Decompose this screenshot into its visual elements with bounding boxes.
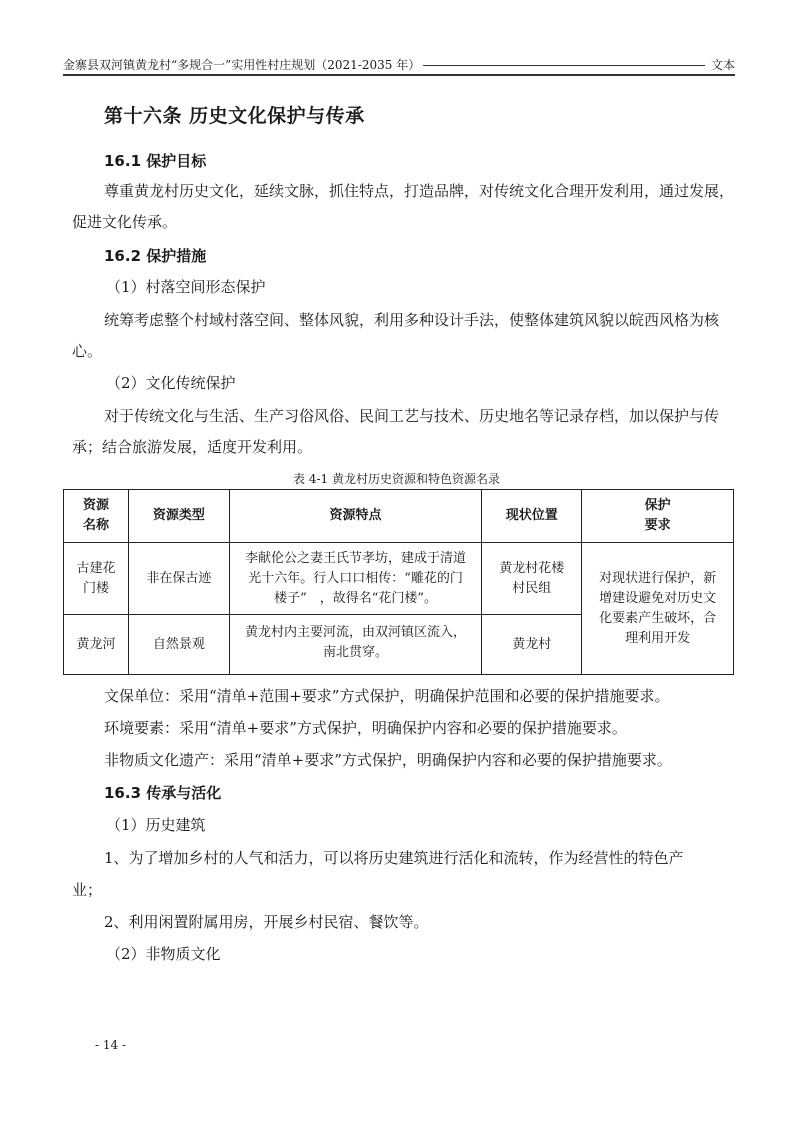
cell-feature: 李献伦公之妻王氏节孝坊，建成于清道光十六年。行人口口相传：“雕花的门楼子” ，故… xyxy=(229,543,482,615)
table-row: 古建花门楼 非在保古迹 李献伦公之妻王氏节孝坊，建成于清道光十六年。行人口口相传… xyxy=(64,543,734,615)
subsection-title: （1）历史建筑 xyxy=(106,815,206,835)
section-heading-16-3: 16.3 传承与活化 xyxy=(104,782,221,803)
paragraph: 承；结合旅游发展，适度开发利用。 xyxy=(72,437,312,457)
resource-table: 资源名称 资源类型 资源特点 现状位置 保护要求 古建花门楼 非在保古迹 李献伦… xyxy=(63,489,734,675)
paragraph: 尊重黄龙村历史文化，延续文脉，抓住特点，打造品牌，对传统文化合理开发利用，通过发… xyxy=(104,181,734,201)
header-title: 金寨县双河镇黄龙村“多规合一”实用性村庄规划（2021-2035 年） xyxy=(63,56,420,74)
subsection-title: （1）村落空间形态保护 xyxy=(106,277,266,297)
cell-type: 非在保古迹 xyxy=(128,543,229,615)
paragraph: 促进文化传承。 xyxy=(72,212,177,232)
header-feature: 资源特点 xyxy=(229,490,482,543)
header-tag: 文本 xyxy=(709,56,735,74)
note-line: 非物质文化遗产：采用“清单+要求”方式保护，明确保护内容和必要的保护措施要求。 xyxy=(104,750,672,770)
header-type: 资源类型 xyxy=(128,490,229,543)
cell-location: 黄龙村 xyxy=(482,615,582,675)
cell-location: 黄龙村花楼村民组 xyxy=(482,543,582,615)
header-requirement: 保护要求 xyxy=(582,490,734,543)
running-header: 金寨县双河镇黄龙村“多规合一”实用性村庄规划（2021-2035 年） 文本 xyxy=(63,56,735,76)
subsection-title: （2）非物质文化 xyxy=(106,944,221,964)
header-location: 现状位置 xyxy=(482,490,582,543)
section-heading-16-1: 16.1 保护目标 xyxy=(104,150,206,171)
header-name: 资源名称 xyxy=(64,490,129,543)
section-heading-16-2: 16.2 保护措施 xyxy=(104,245,206,266)
paragraph: 心。 xyxy=(72,341,102,361)
note-line: 环境要素：采用“清单+要求”方式保护，明确保护内容和必要的保护措施要求。 xyxy=(104,718,627,738)
cell-feature: 黄龙村内主要河流，由双河镇区流入，南北贯穿。 xyxy=(229,615,482,675)
table-header-row: 资源名称 资源类型 资源特点 现状位置 保护要求 xyxy=(64,490,734,543)
paragraph: 1、为了增加乡村的人气和活力，可以将历史建筑进行活化和流转，作为经营性的特色产 xyxy=(104,848,684,868)
article-title: 第十六条 历史文化保护与传承 xyxy=(104,101,365,128)
paragraph: 对于传统文化与生活、生产习俗风俗、民间工艺与技术、历史地名等记录存档，加以保护与… xyxy=(104,406,719,426)
cell-name: 黄龙河 xyxy=(64,615,129,675)
table-caption: 表 4-1 黄龙村历史资源和特色资源名录 xyxy=(0,470,793,487)
header-dash-line xyxy=(423,65,705,66)
paragraph: 业； xyxy=(72,880,102,900)
subsection-title: （2）文化传统保护 xyxy=(106,373,236,393)
paragraph: 2、利用闲置附属用房，开展乡村民宿、餐饮等。 xyxy=(104,912,429,932)
paragraph: 统筹考虑整个村域村落空间、整体风貌，利用多种设计手法，使整体建筑风貌以皖西风格为… xyxy=(104,310,719,330)
page-number: - 14 - xyxy=(95,1038,126,1052)
cell-name: 古建花门楼 xyxy=(64,543,129,615)
cell-type: 自然景观 xyxy=(128,615,229,675)
note-line: 文保单位：采用“清单+范围+要求”方式保护，明确保护范围和必要的保护措施要求。 xyxy=(104,686,669,706)
cell-requirement: 对现状进行保护，新增建设避免对历史文化要素产生破坏，合理利用开发 xyxy=(582,543,734,675)
